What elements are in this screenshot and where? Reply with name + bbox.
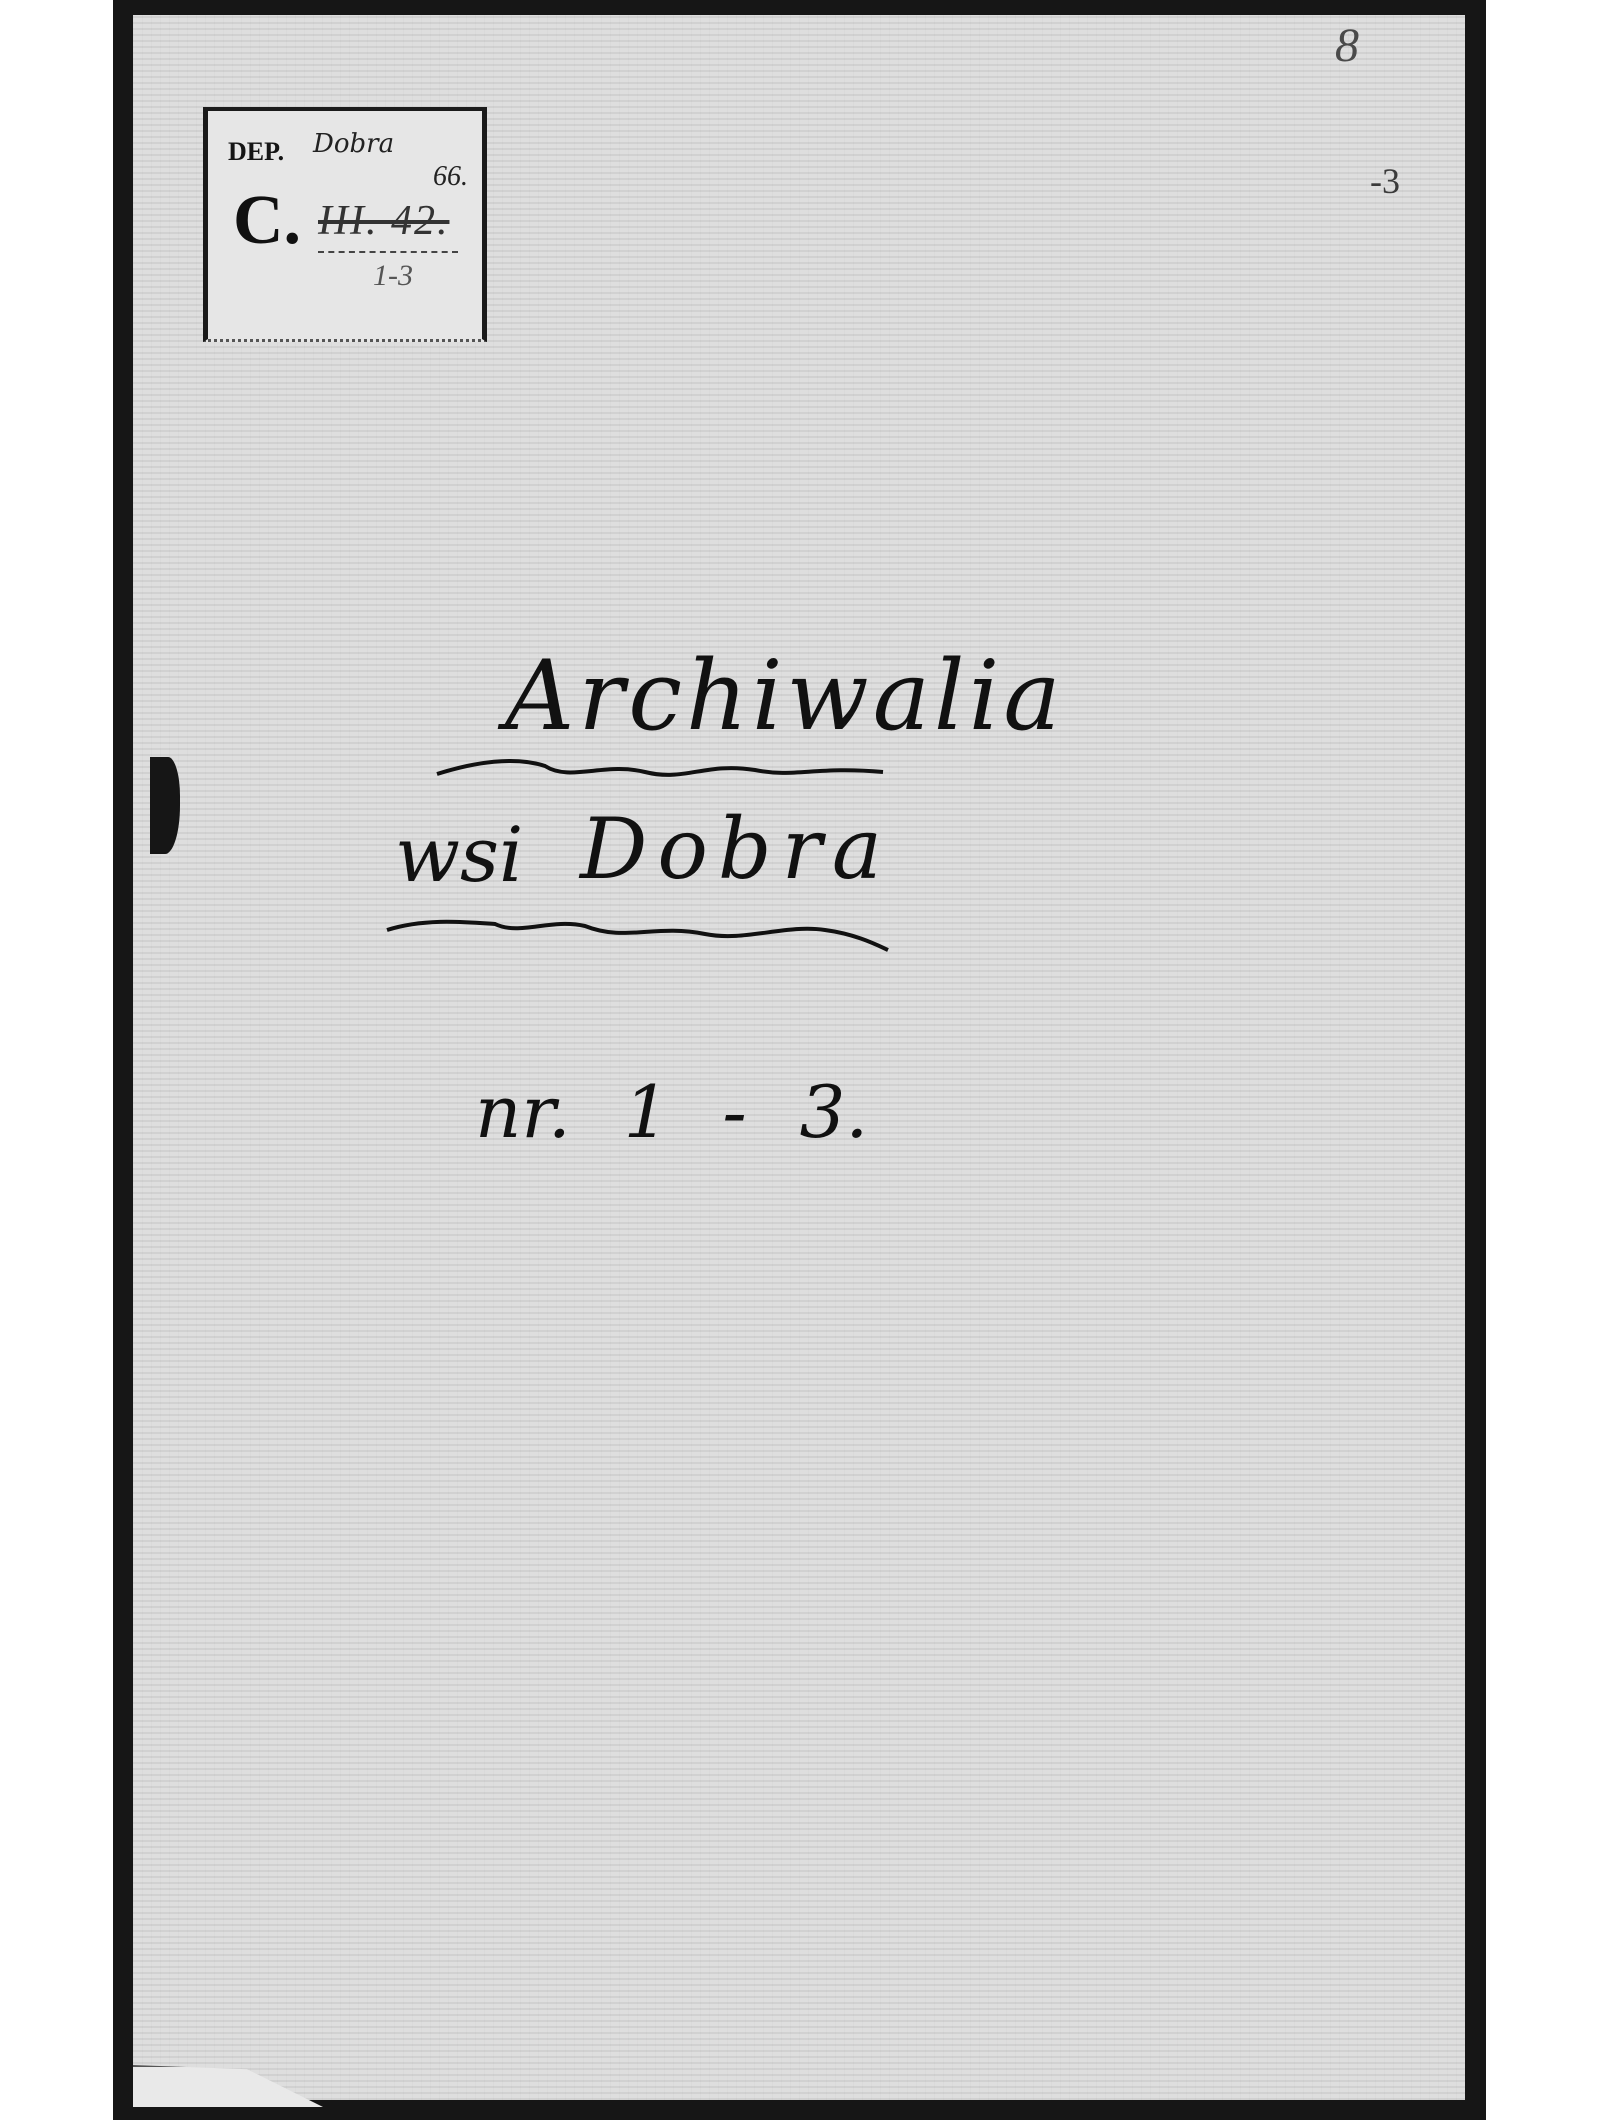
archive-label: DEP. Dobra 66. C. III. 42. 1-3 bbox=[203, 107, 487, 342]
label-series-letter: C. bbox=[233, 181, 301, 261]
document-title: Archiwalia bbox=[505, 640, 1065, 752]
subtitle-name: Dobra bbox=[580, 800, 892, 898]
item-range: nr. 1 - 3. bbox=[475, 1070, 868, 1154]
torn-notch bbox=[150, 757, 180, 854]
label-prefix: DEP. bbox=[228, 137, 284, 167]
label-name: Dobra bbox=[313, 129, 394, 159]
subtitle-underline bbox=[385, 912, 890, 957]
margin-mark: -3 bbox=[1370, 160, 1400, 202]
subtitle-prefix: wsi bbox=[395, 810, 523, 899]
label-number: 66. bbox=[433, 161, 468, 193]
title-underline bbox=[435, 752, 885, 792]
label-crossed-code: III. 42. bbox=[318, 197, 449, 245]
label-range: 1-3 bbox=[373, 259, 413, 293]
folio-number: 8 bbox=[1335, 18, 1359, 73]
label-underline bbox=[318, 251, 458, 253]
